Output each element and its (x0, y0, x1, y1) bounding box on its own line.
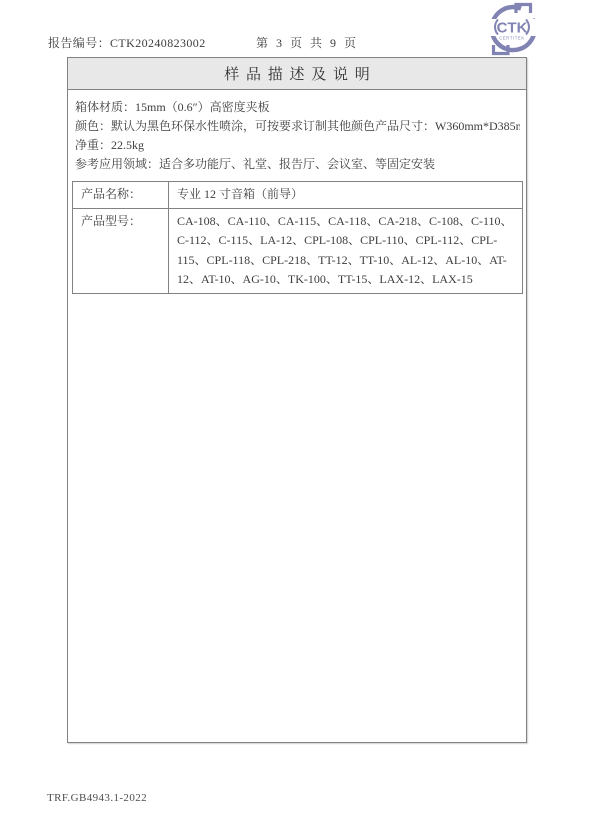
spec-line-weight: 净重：22.5kg (75, 136, 520, 155)
ctk-logo-icon: CTK CERTITEK (474, 2, 550, 56)
report-number: 报告编号：CTK20240823002 (48, 34, 206, 51)
spec-line-material: 箱体材质：15mm（0.6″）高密度夹板 (75, 98, 520, 117)
table-row-product-models: 产品型号： CA-108、CA-110、CA-115、CA-118、CA-218… (73, 208, 523, 293)
footer-standard-reference: TRF.GB4943.1-2022 (47, 792, 147, 804)
spec-line-application: 参考应用领域：适合多功能厅、礼堂、报告厅、会议室、等固定安装 (75, 155, 520, 174)
logo-text: CTK (497, 20, 528, 37)
section-title: 样 品 描 述 及 说 明 (223, 63, 372, 84)
logo-subtext: CERTITEK (499, 36, 524, 41)
sample-description-box: 样 品 描 述 及 说 明 箱体材质：15mm（0.6″）高密度夹板 颜色：默认… (67, 57, 527, 743)
product-name-value: 专业 12 寸音箱（前导） (169, 182, 523, 209)
product-models-label: 产品型号： (73, 208, 169, 293)
product-models-value: CA-108、CA-110、CA-115、CA-118、CA-218、C-108… (169, 208, 523, 293)
product-table: 产品名称： 专业 12 寸音箱（前导） 产品型号： CA-108、CA-110、… (72, 181, 523, 294)
spec-line-color-size: 颜色：默认为黑色环保水性喷涂，可按要求订制其他颜色产品尺寸：W360mm*D38… (75, 117, 520, 136)
section-title-bar: 样 品 描 述 及 说 明 (68, 58, 526, 90)
table-row-product-name: 产品名称： 专业 12 寸音箱（前导） (73, 182, 523, 209)
product-name-label: 产品名称： (73, 182, 169, 209)
spec-lines: 箱体材质：15mm（0.6″）高密度夹板 颜色：默认为黑色环保水性喷涂，可按要求… (68, 90, 526, 174)
page-number-indicator: 第 3 页 共 9 页 (256, 34, 359, 51)
